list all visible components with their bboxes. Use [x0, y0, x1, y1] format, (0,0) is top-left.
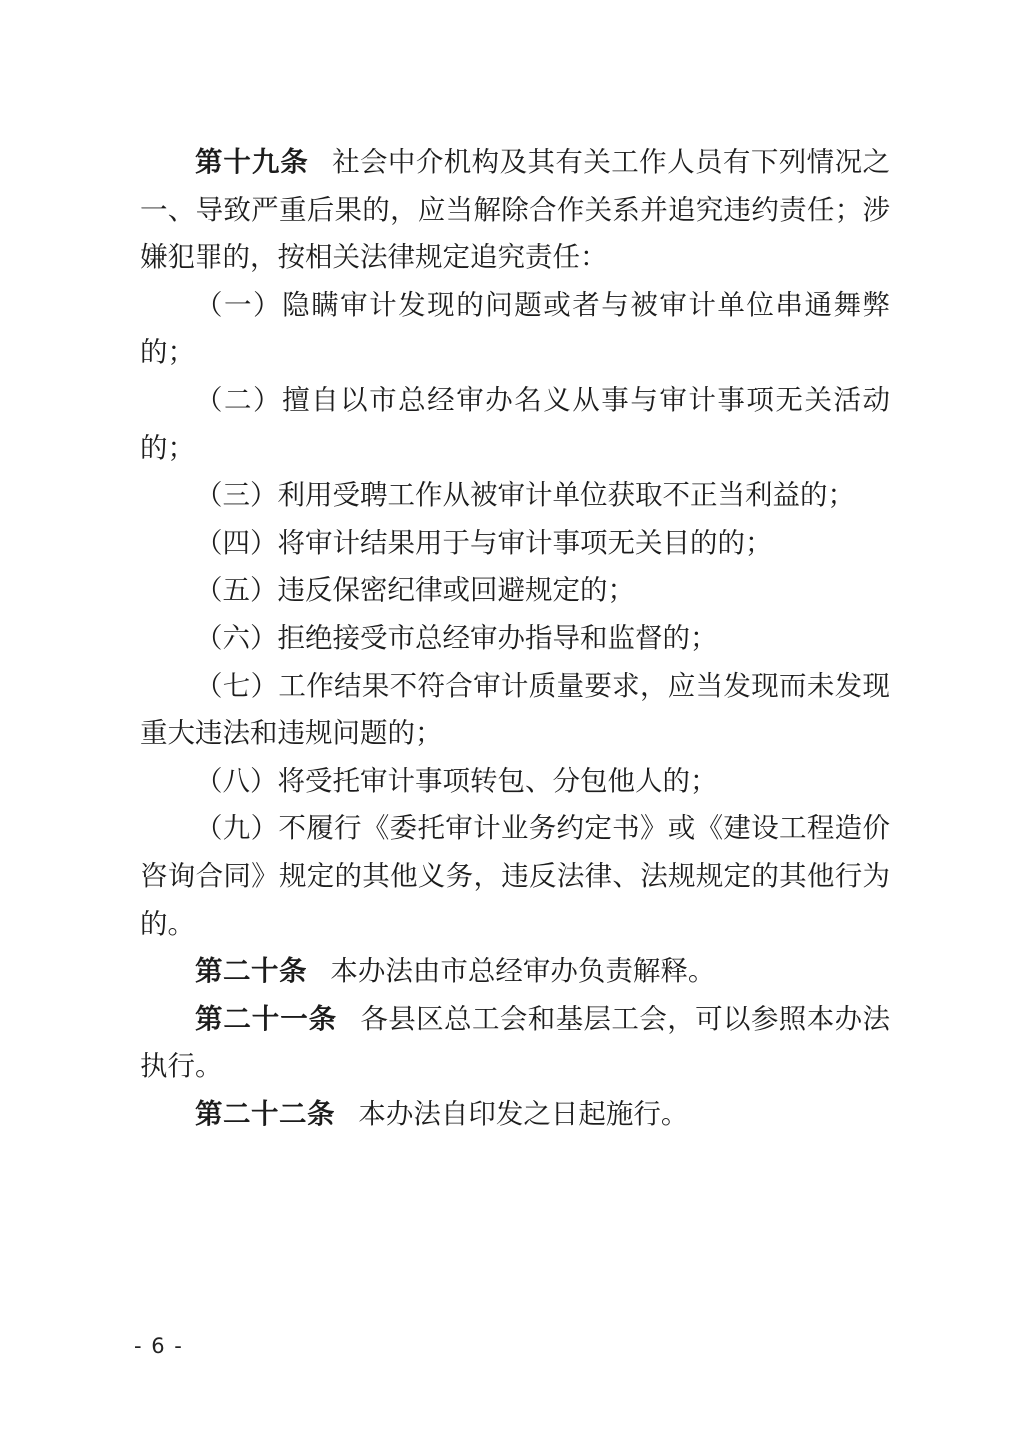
article-19-heading: 第十九条	[195, 146, 309, 177]
article-20-paragraph: 第二十条本办法由市总经审办负责解释。	[140, 947, 890, 995]
clause-item-7: （七）工作结果不符合审计质量要求，应当发现而未发现重大违法和违规问题的；	[140, 662, 890, 757]
clause-item-2: （二）擅自以市总经审办名义从事与审计事项无关活动的；	[140, 376, 890, 471]
article-22-heading: 第二十二条	[195, 1098, 335, 1129]
clause-item-5: （五）违反保密纪律或回避规定的；	[140, 566, 890, 614]
clause-item-4: （四）将审计结果用于与审计事项无关目的的；	[140, 519, 890, 567]
article-21-paragraph: 第二十一条各县区总工会和基层工会，可以参照本办法执行。	[140, 995, 890, 1090]
article-20-heading: 第二十条	[195, 955, 307, 986]
article-21-heading: 第二十一条	[195, 1003, 337, 1034]
document-page: 第十九条社会中介机构及其有关工作人员有下列情况之一、导致严重后果的，应当解除合作…	[0, 0, 1024, 1448]
clause-item-6: （六）拒绝接受市总经审办指导和监督的；	[140, 614, 890, 662]
article-19-paragraph: 第十九条社会中介机构及其有关工作人员有下列情况之一、导致严重后果的，应当解除合作…	[140, 138, 890, 281]
clause-item-8: （八）将受托审计事项转包、分包他人的；	[140, 757, 890, 805]
article-20-text: 本办法由市总经审办负责解释。	[330, 955, 715, 986]
article-22-paragraph: 第二十二条本办法自印发之日起施行。	[140, 1090, 890, 1138]
document-body: 第十九条社会中介机构及其有关工作人员有下列情况之一、导致严重后果的，应当解除合作…	[140, 138, 890, 1137]
clause-item-9: （九）不履行《委托审计业务约定书》或《建设工程造价咨询合同》规定的其他义务，违反…	[140, 804, 890, 947]
page-number: - 6 -	[134, 1334, 183, 1358]
clause-item-1: （一）隐瞒审计发现的问题或者与被审计单位串通舞弊的；	[140, 281, 890, 376]
article-22-text: 本办法自印发之日起施行。	[358, 1098, 688, 1129]
clause-item-3: （三）利用受聘工作从被审计单位获取不正当利益的；	[140, 471, 890, 519]
